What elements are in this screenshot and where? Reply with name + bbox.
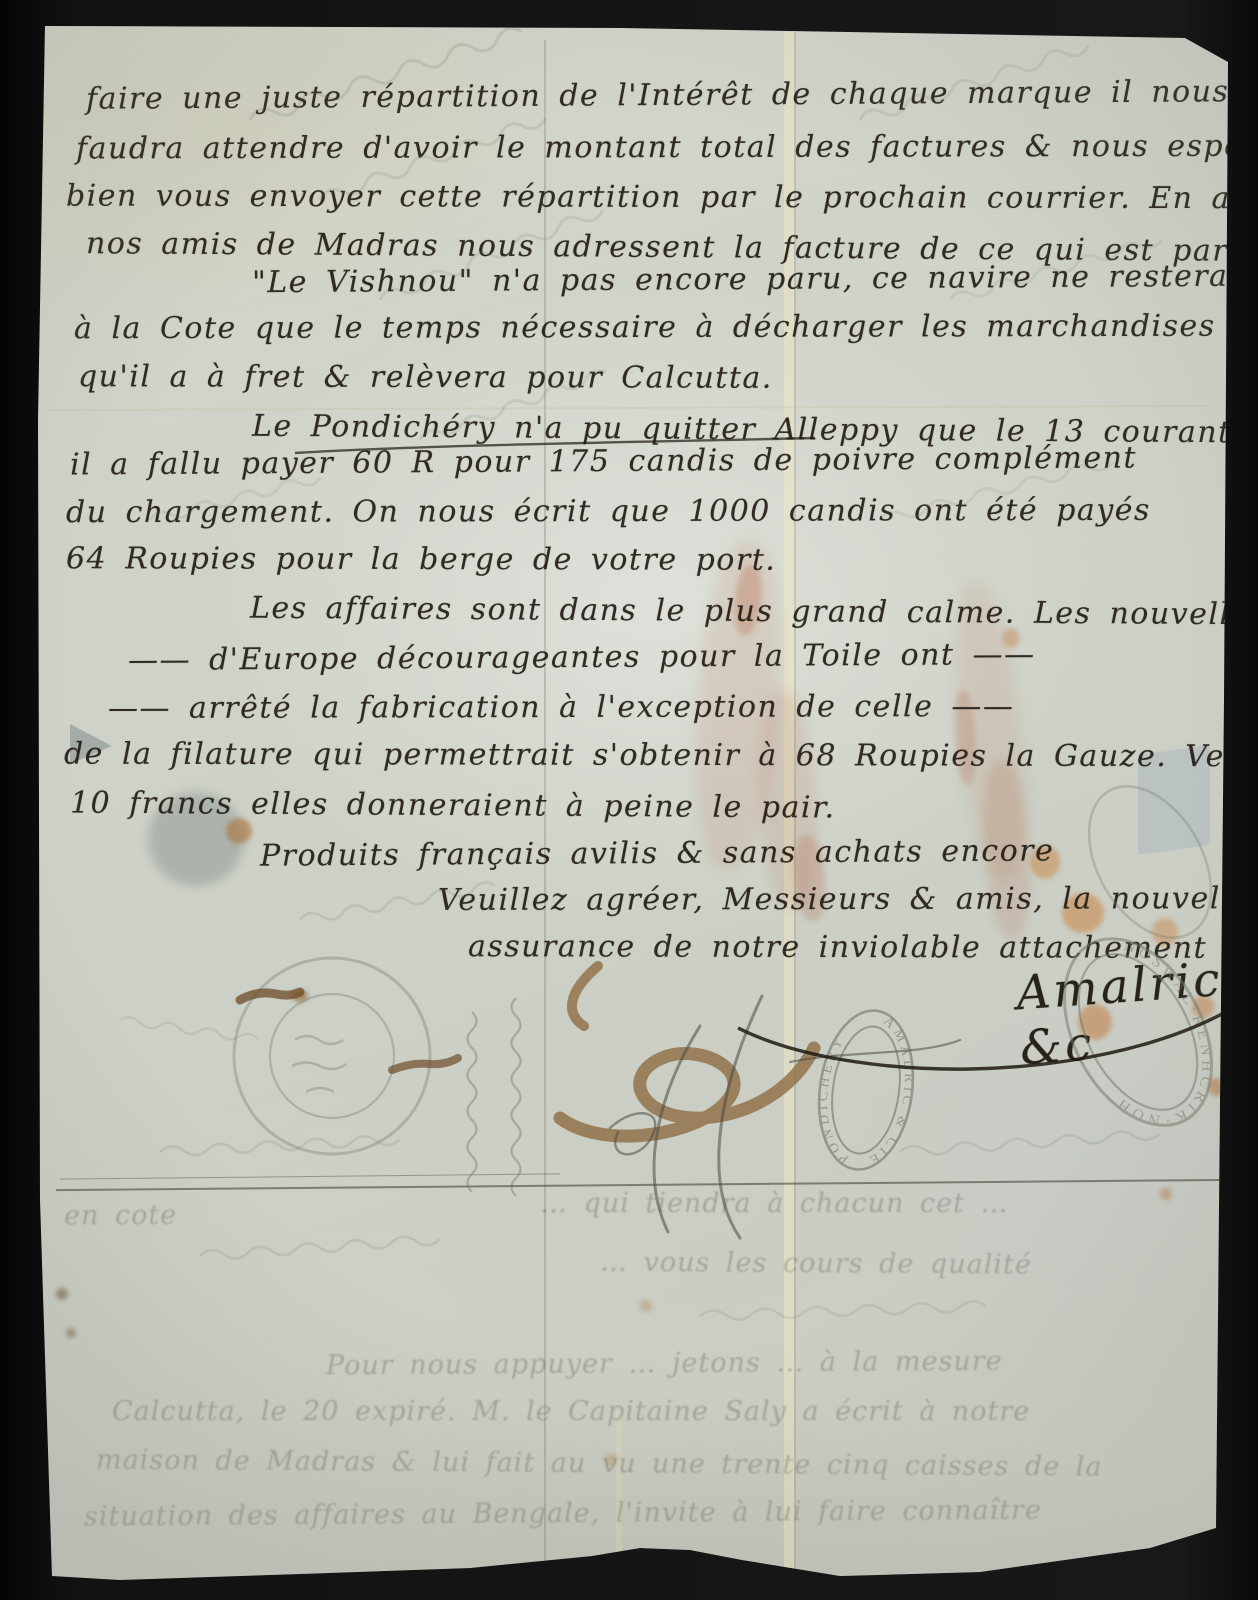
vertical-fold-crease-lower (616, 1410, 622, 1575)
bleedthrough-scribble (900, 1129, 1160, 1157)
foxing-spot (226, 818, 252, 844)
foxing-spot (1160, 1188, 1172, 1200)
verso-text-fragment: situation des affaires au Bengale, l'inv… (84, 1495, 1042, 1533)
circular-datestamp (234, 958, 430, 1154)
svg-text:AMALRIC & CIE: AMALRIC & CIE (860, 1013, 925, 1174)
letter-line: de la filature qui permettrait s'obtenir… (64, 737, 1258, 775)
letter-line: —— d'Europe décourageantes pour la Toile… (128, 637, 1036, 678)
letter-line: bien vous envoyer cette répartition par … (66, 179, 1258, 217)
foxing-spot (56, 1288, 68, 1300)
foxing-spot (640, 1300, 652, 1312)
foxing-spot (1208, 1078, 1224, 1096)
verso-text-fragment: … qui tiendra à chacun cet … (540, 1188, 1009, 1219)
letter-line: qu'il a à fret & relèvera pour Calcutta. (78, 359, 773, 396)
bleedthrough-scribble (160, 1134, 400, 1157)
verso-text-fragment: maison de Madras & lui fait au vu une tr… (96, 1444, 1103, 1482)
foxing-spot (66, 1328, 76, 1338)
bleedthrough-scribble (200, 1234, 440, 1261)
letter-line: 10 francs elles donneraient à peine le p… (70, 785, 836, 825)
letter-line: Veuillez agréer, Messieurs & amis, la no… (438, 881, 1251, 918)
bleedthrough-scribble (119, 1016, 259, 1043)
svg-text:PONDICHERY: PONDICHERY (806, 1031, 868, 1167)
foxing-spot (292, 990, 308, 1002)
letter-line: —— arrêté la fabrication à l'exception d… (108, 689, 1014, 726)
bleedthrough-scribble (512, 998, 521, 1196)
ink-smear (240, 992, 300, 1000)
verso-text-fragment: Pour nous appuyer … jetons … à la mesure (326, 1346, 1003, 1382)
verso-text-fragment: … vous les cours de qualité (600, 1246, 1032, 1280)
letter-line: à la Cote que le temps nécessaire à déch… (74, 309, 1216, 346)
stamp-text-amalric: AMALRIC & CIE (860, 1013, 925, 1174)
photo-background: en cote… qui tiendra à chacun cet …… vou… (0, 0, 1258, 1600)
horizontal-fold-faint (50, 405, 1210, 411)
brown-paraph (560, 966, 814, 1136)
letter-line: "Le Vishnou" n'a pas encore paru, ce nav… (252, 259, 1229, 300)
letter-line: faudra attendre d'avoir le montant total… (76, 129, 1258, 167)
verso-text-fragment: Calcutta, le 20 expiré. M. le Capitaine … (112, 1396, 1030, 1427)
letter-line: Produits français avilis & sans achats e… (260, 833, 1055, 873)
bleedthrough-scribble (700, 1301, 986, 1321)
letter-sheet: en cote… qui tiendra à chacun cet …… vou… (0, 0, 1258, 1600)
letter-line: 64 Roupies pour la berge de votre port. (66, 541, 776, 578)
ink-smear (392, 1058, 458, 1070)
letter-line: il a fallu payer 60 R pour 175 candis de… (70, 441, 1137, 483)
letter-line: du chargement. On nous écrit que 1000 ca… (66, 493, 1151, 530)
bleedthrough-scribble (468, 1012, 477, 1192)
letter-line: Les affaires sont dans le plus grand cal… (250, 591, 1258, 633)
signature: Amalric &c (1014, 950, 1258, 1076)
letter-line: faire une juste répartition de l'Intérêt… (86, 74, 1230, 116)
verso-text-fragment: en cote (64, 1200, 177, 1232)
oval-stamp-amalric: PONDICHERY AMALRIC & CIE (806, 1004, 926, 1176)
horizontal-fold-line-double (60, 1173, 560, 1179)
stamp-text-pondichery: PONDICHERY (806, 1031, 868, 1167)
